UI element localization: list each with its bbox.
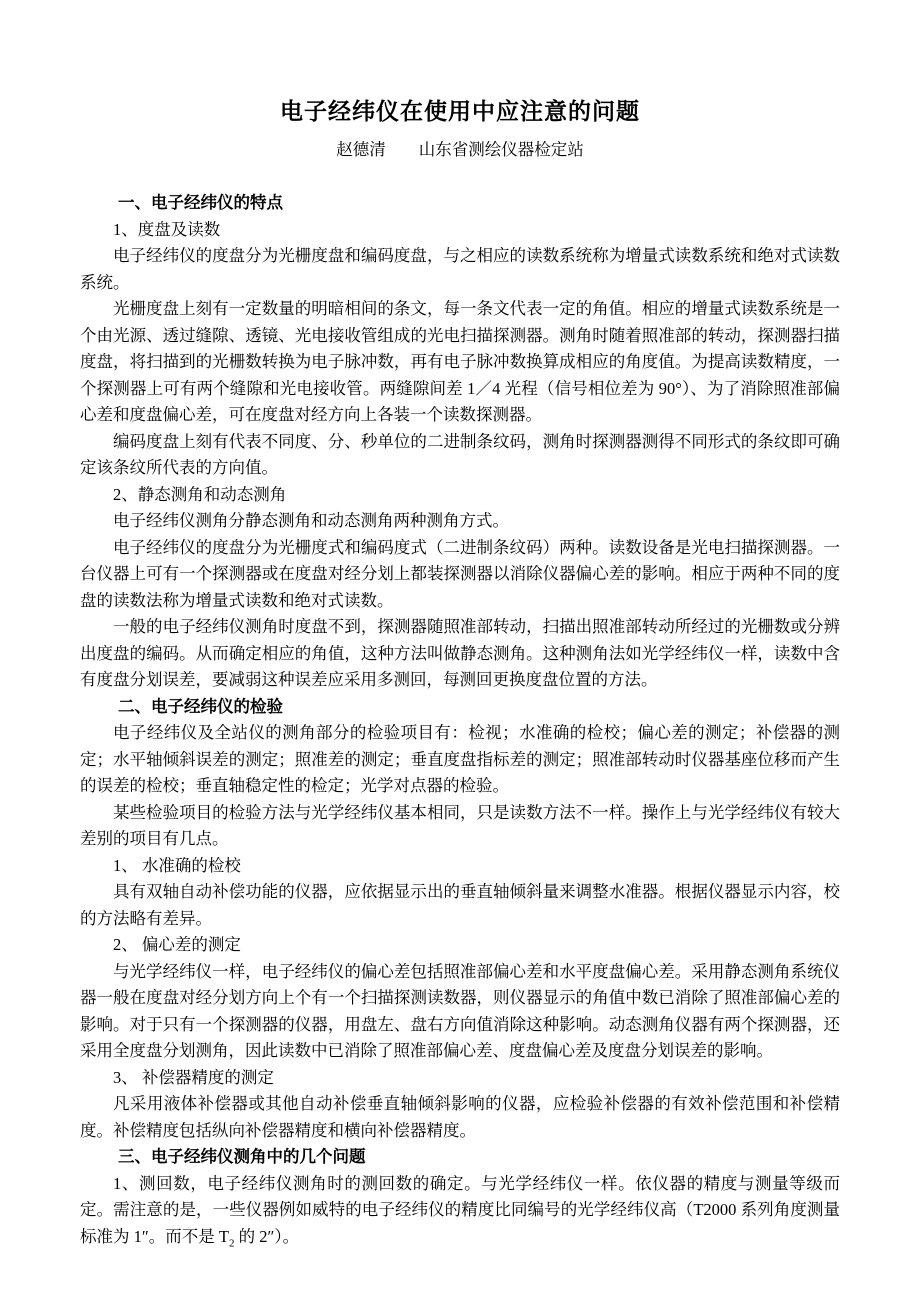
section-heading-3: 三、电子经纬仪测角中的几个问题 [80,1144,840,1171]
paragraph: 一般的电子经纬仪测角时度盘不到，探测器随照准部转动，扫描出照准部转动所经过的光栅… [80,614,840,694]
section-heading-1: 一、电子经纬仪的特点 [80,190,840,217]
paragraph: 2、 偏心差的测定 [80,932,840,959]
document-page: 电子经纬仪在使用中应注意的问题 赵德清山东省测绘仪器检定站 一、电子经纬仪的特点… [0,0,920,1302]
closing-text-before: 1、测回数，电子经纬仪测角时的测回数的确定。与光学经纬仪一样。依仪器的精度与测量… [80,1174,840,1246]
paragraph: 编码度盘上刻有代表不同度、分、秒单位的二进制条纹码，测角时探测器测得不同形式的条… [80,429,840,482]
author-name: 赵德清 [336,140,386,159]
byline: 赵德清山东省测绘仪器检定站 [80,138,840,162]
section-heading-2: 二、电子经纬仪的检验 [80,694,840,721]
author-affiliation: 山东省测绘仪器检定站 [419,140,584,159]
document-body: 一、电子经纬仪的特点 1、度盘及读数 电子经纬仪的度盘分为光栅度盘和编码度盘，与… [80,190,840,1250]
paragraph: 具有双轴自动补偿功能的仪器，应依据显示出的垂直轴倾斜量来调整水准器。根据仪器显示… [80,879,840,932]
paragraph: 3、 补偿器精度的测定 [80,1065,840,1092]
paragraph: 1、测回数，电子经纬仪测角时的测回数的确定。与光学经纬仪一样。依仪器的精度与测量… [80,1171,840,1251]
paragraph: 电子经纬仪的度盘分为光栅度式和编码度式（二进制条纹码）两种。读数设备是光电扫描探… [80,535,840,615]
paragraph: 某些检验项目的检验方法与光学经纬仪基本相同，只是读数方法不一样。操作上与光学经纬… [80,800,840,853]
paragraph: 电子经纬仪的度盘分为光栅度盘和编码度盘，与之相应的读数系统称为增量式读数系统和绝… [80,243,840,296]
paragraph: 电子经纬仪及全站仪的测角部分的检验项目有：检视；水准确的检校；偏心差的测定；补偿… [80,720,840,800]
paragraph: 与光学经纬仪一样，电子经纬仪的偏心差包括照准部偏心差和水平度盘偏心差。采用静态测… [80,959,840,1065]
paragraph: 2、静态测角和动态测角 [80,482,840,509]
paragraph: 凡采用液体补偿器或其他自动补偿垂直轴倾斜影响的仪器，应检验补偿器的有效补偿范围和… [80,1091,840,1144]
document-title: 电子经纬仪在使用中应注意的问题 [80,96,840,126]
closing-text-after: 的 2″）。 [234,1227,299,1246]
paragraph: 光栅度盘上刻有一定数量的明暗相间的条文，每一条文代表一定的角值。相应的增量式读数… [80,296,840,429]
paragraph: 1、 水准确的检校 [80,853,840,880]
paragraph: 电子经纬仪测角分静态测角和动态测角两种测角方式。 [80,508,840,535]
paragraph: 1、度盘及读数 [80,217,840,244]
